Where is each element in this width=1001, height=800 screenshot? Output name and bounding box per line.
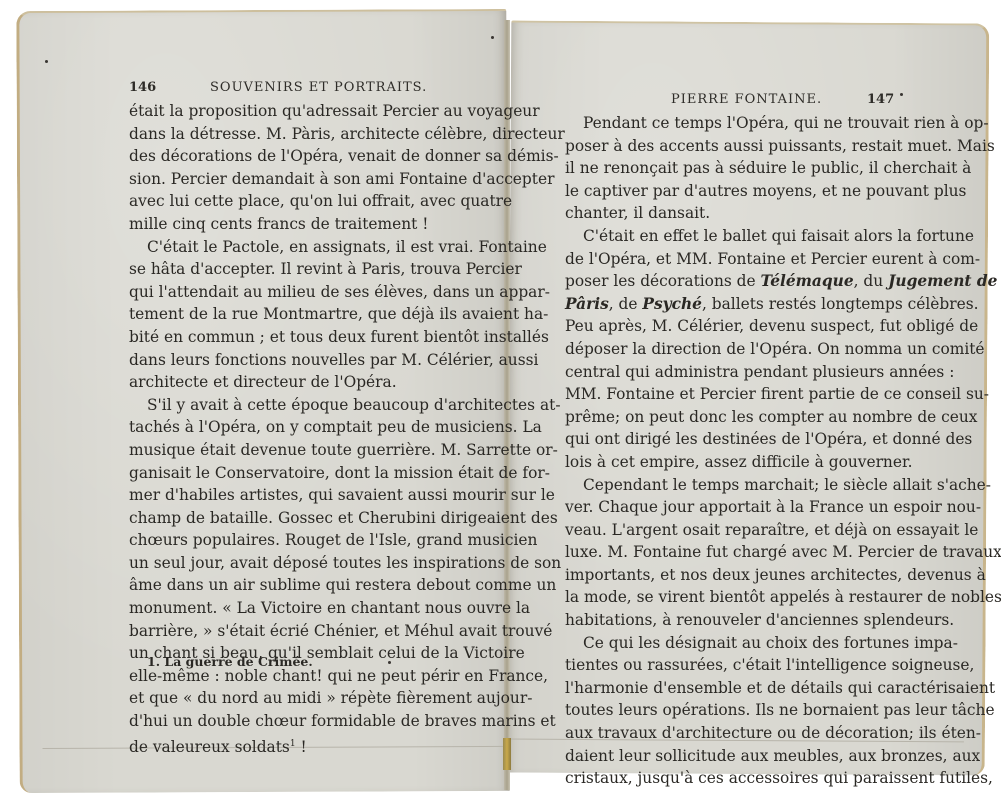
text-line: ver. Chaque jour apportait à la France u… bbox=[565, 496, 890, 519]
text-line: la mode, se virent bientôt appelés à res… bbox=[565, 586, 890, 609]
text-line: cristaux, jusqu'à ces accessoires qui pa… bbox=[565, 767, 890, 790]
page-number-right: 147 bbox=[867, 92, 894, 107]
text-line: mille cinq cents francs de traitement ! bbox=[129, 213, 467, 236]
text-line: aux travaux d'architecture ou de décorat… bbox=[565, 722, 890, 745]
text-line: musique était devenue toute guerrière. M… bbox=[129, 439, 467, 462]
paper-speck bbox=[388, 661, 391, 664]
text-line: S'il y avait à cette époque beaucoup d'a… bbox=[129, 394, 467, 417]
running-head-left: SOUVENIRS ET PORTRAITS. bbox=[210, 80, 427, 95]
text-line: qui ont dirigé les destinées de l'Opéra,… bbox=[565, 428, 890, 451]
text-line: architecte et directeur de l'Opéra. bbox=[129, 371, 467, 394]
text-line: poser les décorations de Télémaque, du J… bbox=[565, 270, 890, 293]
text-line: des décorations de l'Opéra, venait de do… bbox=[129, 145, 467, 168]
text-line: de valeureux soldats1 ! bbox=[129, 733, 467, 756]
text-line: tachés à l'Opéra, on y comptait peu de m… bbox=[129, 416, 467, 439]
text-line: daient leur sollicitude aux meubles, aux… bbox=[565, 745, 890, 768]
text-line: et que « du nord au midi » répète fièrem… bbox=[129, 687, 467, 710]
text-line: veau. L'argent osait reparaître, et déjà… bbox=[565, 519, 890, 542]
right-page-body: Pendant ce temps l'Opéra, qui ne trouvai… bbox=[565, 112, 890, 790]
text-line: de l'Opéra, et MM. Fontaine et Percier e… bbox=[565, 248, 890, 271]
text-line: Pendant ce temps l'Opéra, qui ne trouvai… bbox=[565, 112, 890, 135]
text-line: C'était en effet le ballet qui faisait a… bbox=[565, 225, 890, 248]
paper-speck bbox=[45, 60, 48, 63]
text-line: chœurs populaires. Rouget de l'Isle, gra… bbox=[129, 529, 467, 552]
text-line: Pâris, de Psyché, ballets restés longtem… bbox=[565, 293, 890, 316]
text-line: le captiver par d'autres moyens, et ne p… bbox=[565, 180, 890, 203]
text-line: monument. « La Victoire en chantant nous… bbox=[129, 597, 467, 620]
text-line: central qui administra pendant plusieurs… bbox=[565, 361, 890, 384]
text-line: dans la détresse. M. Pàris, architecte c… bbox=[129, 123, 467, 146]
text-line: avec lui cette place, qu'on lui offrait,… bbox=[129, 190, 467, 213]
running-head-right: PIERRE FONTAINE. bbox=[671, 92, 822, 107]
text-line: d'hui un double chœur formidable de brav… bbox=[129, 710, 467, 733]
text-line: poser à des accents aussi puissants, res… bbox=[565, 135, 890, 158]
text-line: mer d'habiles artistes, qui savaient aus… bbox=[129, 484, 467, 507]
text-line: luxe. M. Fontaine fut chargé avec M. Per… bbox=[565, 541, 890, 564]
text-line: habitations, à renouveler d'anciennes sp… bbox=[565, 609, 890, 632]
text-line: MM. Fontaine et Percier firent partie de… bbox=[565, 383, 890, 406]
text-line: tement de la rue Montmartre, que déjà il… bbox=[129, 303, 467, 326]
paper-speck bbox=[491, 36, 494, 39]
text-line: ganisait le Conservatoire, dont la missi… bbox=[129, 462, 467, 485]
text-line: champ de bataille. Gossec et Cherubini d… bbox=[129, 507, 467, 530]
spine-binding-tear bbox=[503, 738, 511, 770]
text-line: était la proposition qu'adressait Percie… bbox=[129, 100, 467, 123]
text-line: Peu après, M. Célérier, devenu suspect, … bbox=[565, 315, 890, 338]
text-line: prême; on peut donc les compter au nombr… bbox=[565, 406, 890, 429]
text-line: chanter, il dansait. bbox=[565, 202, 890, 225]
text-line: qui l'attendait au milieu de ses élèves,… bbox=[129, 281, 467, 304]
text-line: l'harmonie d'ensemble et de détails qui … bbox=[565, 677, 890, 700]
text-line: sion. Percier demandait à son ami Fontai… bbox=[129, 168, 467, 191]
text-line: un seul jour, avait déposé toutes les in… bbox=[129, 552, 467, 575]
text-line: barrière, » s'était écrié Chénier, et Mé… bbox=[129, 620, 467, 643]
text-line: bité en commun ; et tous deux furent bie… bbox=[129, 326, 467, 349]
paper-speck bbox=[900, 93, 903, 96]
text-line: toutes leurs opérations. Ils ne bornaien… bbox=[565, 699, 890, 722]
text-line: Ce qui les désignait au choix des fortun… bbox=[565, 632, 890, 655]
text-line: dans leurs fonctions nouvelles par M. Cé… bbox=[129, 349, 467, 372]
text-line: importants, et nos deux jeunes architect… bbox=[565, 564, 890, 587]
text-line: se hâta d'accepter. Il revint à Paris, t… bbox=[129, 258, 467, 281]
text-line: lois à cet empire, assez difficile à gou… bbox=[565, 451, 890, 474]
text-line: déposer la direction de l'Opéra. On nomm… bbox=[565, 338, 890, 361]
footnote-ref: 1 bbox=[290, 739, 296, 749]
page-number-left: 146 bbox=[129, 80, 156, 95]
text-line: C'était le Pactole, en assignats, il est… bbox=[129, 236, 467, 259]
text-line: Cependant le temps marchait; le siècle a… bbox=[565, 474, 890, 497]
text-line: tientes ou rassurées, c'était l'intellig… bbox=[565, 654, 890, 677]
footnote: 1. La guerre de Crimée. bbox=[147, 654, 313, 669]
text-line: il ne renonçait pas à séduire le public,… bbox=[565, 157, 890, 180]
text-line: âme dans un air sublime qui restera debo… bbox=[129, 574, 467, 597]
